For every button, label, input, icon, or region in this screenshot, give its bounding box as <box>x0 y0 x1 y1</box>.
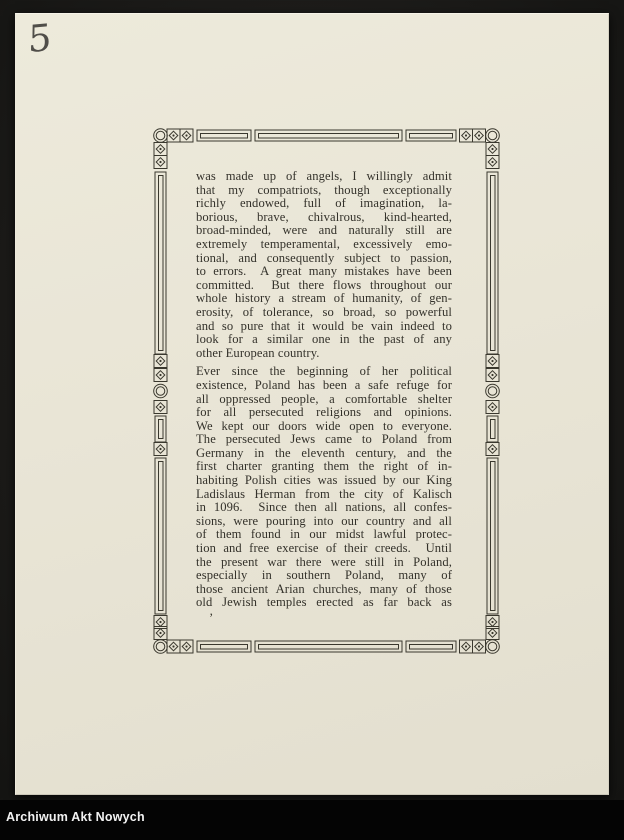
text-line: Ladislaus Herman from the city of Kalisc… <box>196 488 452 502</box>
text-line: tional, and consequently subject to pass… <box>196 252 452 266</box>
paragraph: was made up of angels, I willingly admit… <box>196 170 452 360</box>
text-line: borious, brave, chivalrous, kind-hearted… <box>196 211 452 225</box>
archive-label-strip: Archiwum Akt Nowych <box>0 800 624 840</box>
text-line: those ancient Arian churches, many of th… <box>196 583 452 597</box>
text-line: committed. But there flows throughout ou… <box>196 279 452 293</box>
text-line: that my compatriots, though exceptionall… <box>196 184 452 198</box>
text-line: for all persecuted religions and opinion… <box>196 406 452 420</box>
text-line: old Jewish temples erected as far back a… <box>196 596 452 610</box>
text-line: Ever since the beginning of her politica… <box>196 365 452 379</box>
text-line: and so pure that it would be vain indeed… <box>196 320 452 334</box>
text-line: all oppressed people, a comfortable shel… <box>196 393 452 407</box>
text-line: sions, were pouring into our country and… <box>196 515 452 529</box>
text-line: in 1096. Since then all nations, all con… <box>196 501 452 515</box>
text-line: of them found in our midst lawful protec… <box>196 528 452 542</box>
text-line: extremely temperamental, excessively emo… <box>196 238 452 252</box>
scanned-page: 5 <box>15 13 609 795</box>
archive-label: Archiwum Akt Nowych <box>6 810 145 824</box>
text-line: whole history a stream of humanity, of g… <box>196 292 452 306</box>
text-line: tion and free exercise of their creeds. … <box>196 542 452 556</box>
text-line: Germany in the eleventh century, and the <box>196 447 452 461</box>
text-line: existence, Poland has been a safe refuge… <box>196 379 452 393</box>
text-line: to errors. A great many mistakes have be… <box>196 265 452 279</box>
stray-pen-mark: ’ <box>209 610 213 626</box>
text-line: broad-minded, were and naturally still a… <box>196 224 452 238</box>
text-line: the present war there were still in Pola… <box>196 556 452 570</box>
scan-viewport: 5 <box>0 0 624 840</box>
text-line: look for a similar one in the past of an… <box>196 333 452 347</box>
text-line: other European country. <box>196 347 452 361</box>
text-line: especially in southern Poland, many of <box>196 569 452 583</box>
text-line: richly endowed, full of imagination, la- <box>196 197 452 211</box>
text-line: was made up of angels, I willingly admit <box>196 170 452 184</box>
text-line: first charter granting them the right of… <box>196 460 452 474</box>
text-line: erosity, of tolerance, so broad, so powe… <box>196 306 452 320</box>
text-block: was made up of angels, I willingly admit… <box>196 170 452 610</box>
text-line: We kept our doors wide open to everyone. <box>196 420 452 434</box>
text-line: The persecuted Jews came to Poland from <box>196 433 452 447</box>
text-line: habiting Polish cities was issued by our… <box>196 474 452 488</box>
paragraph: Ever since the beginning of her politica… <box>196 365 452 610</box>
handwritten-page-number: 5 <box>28 13 52 65</box>
